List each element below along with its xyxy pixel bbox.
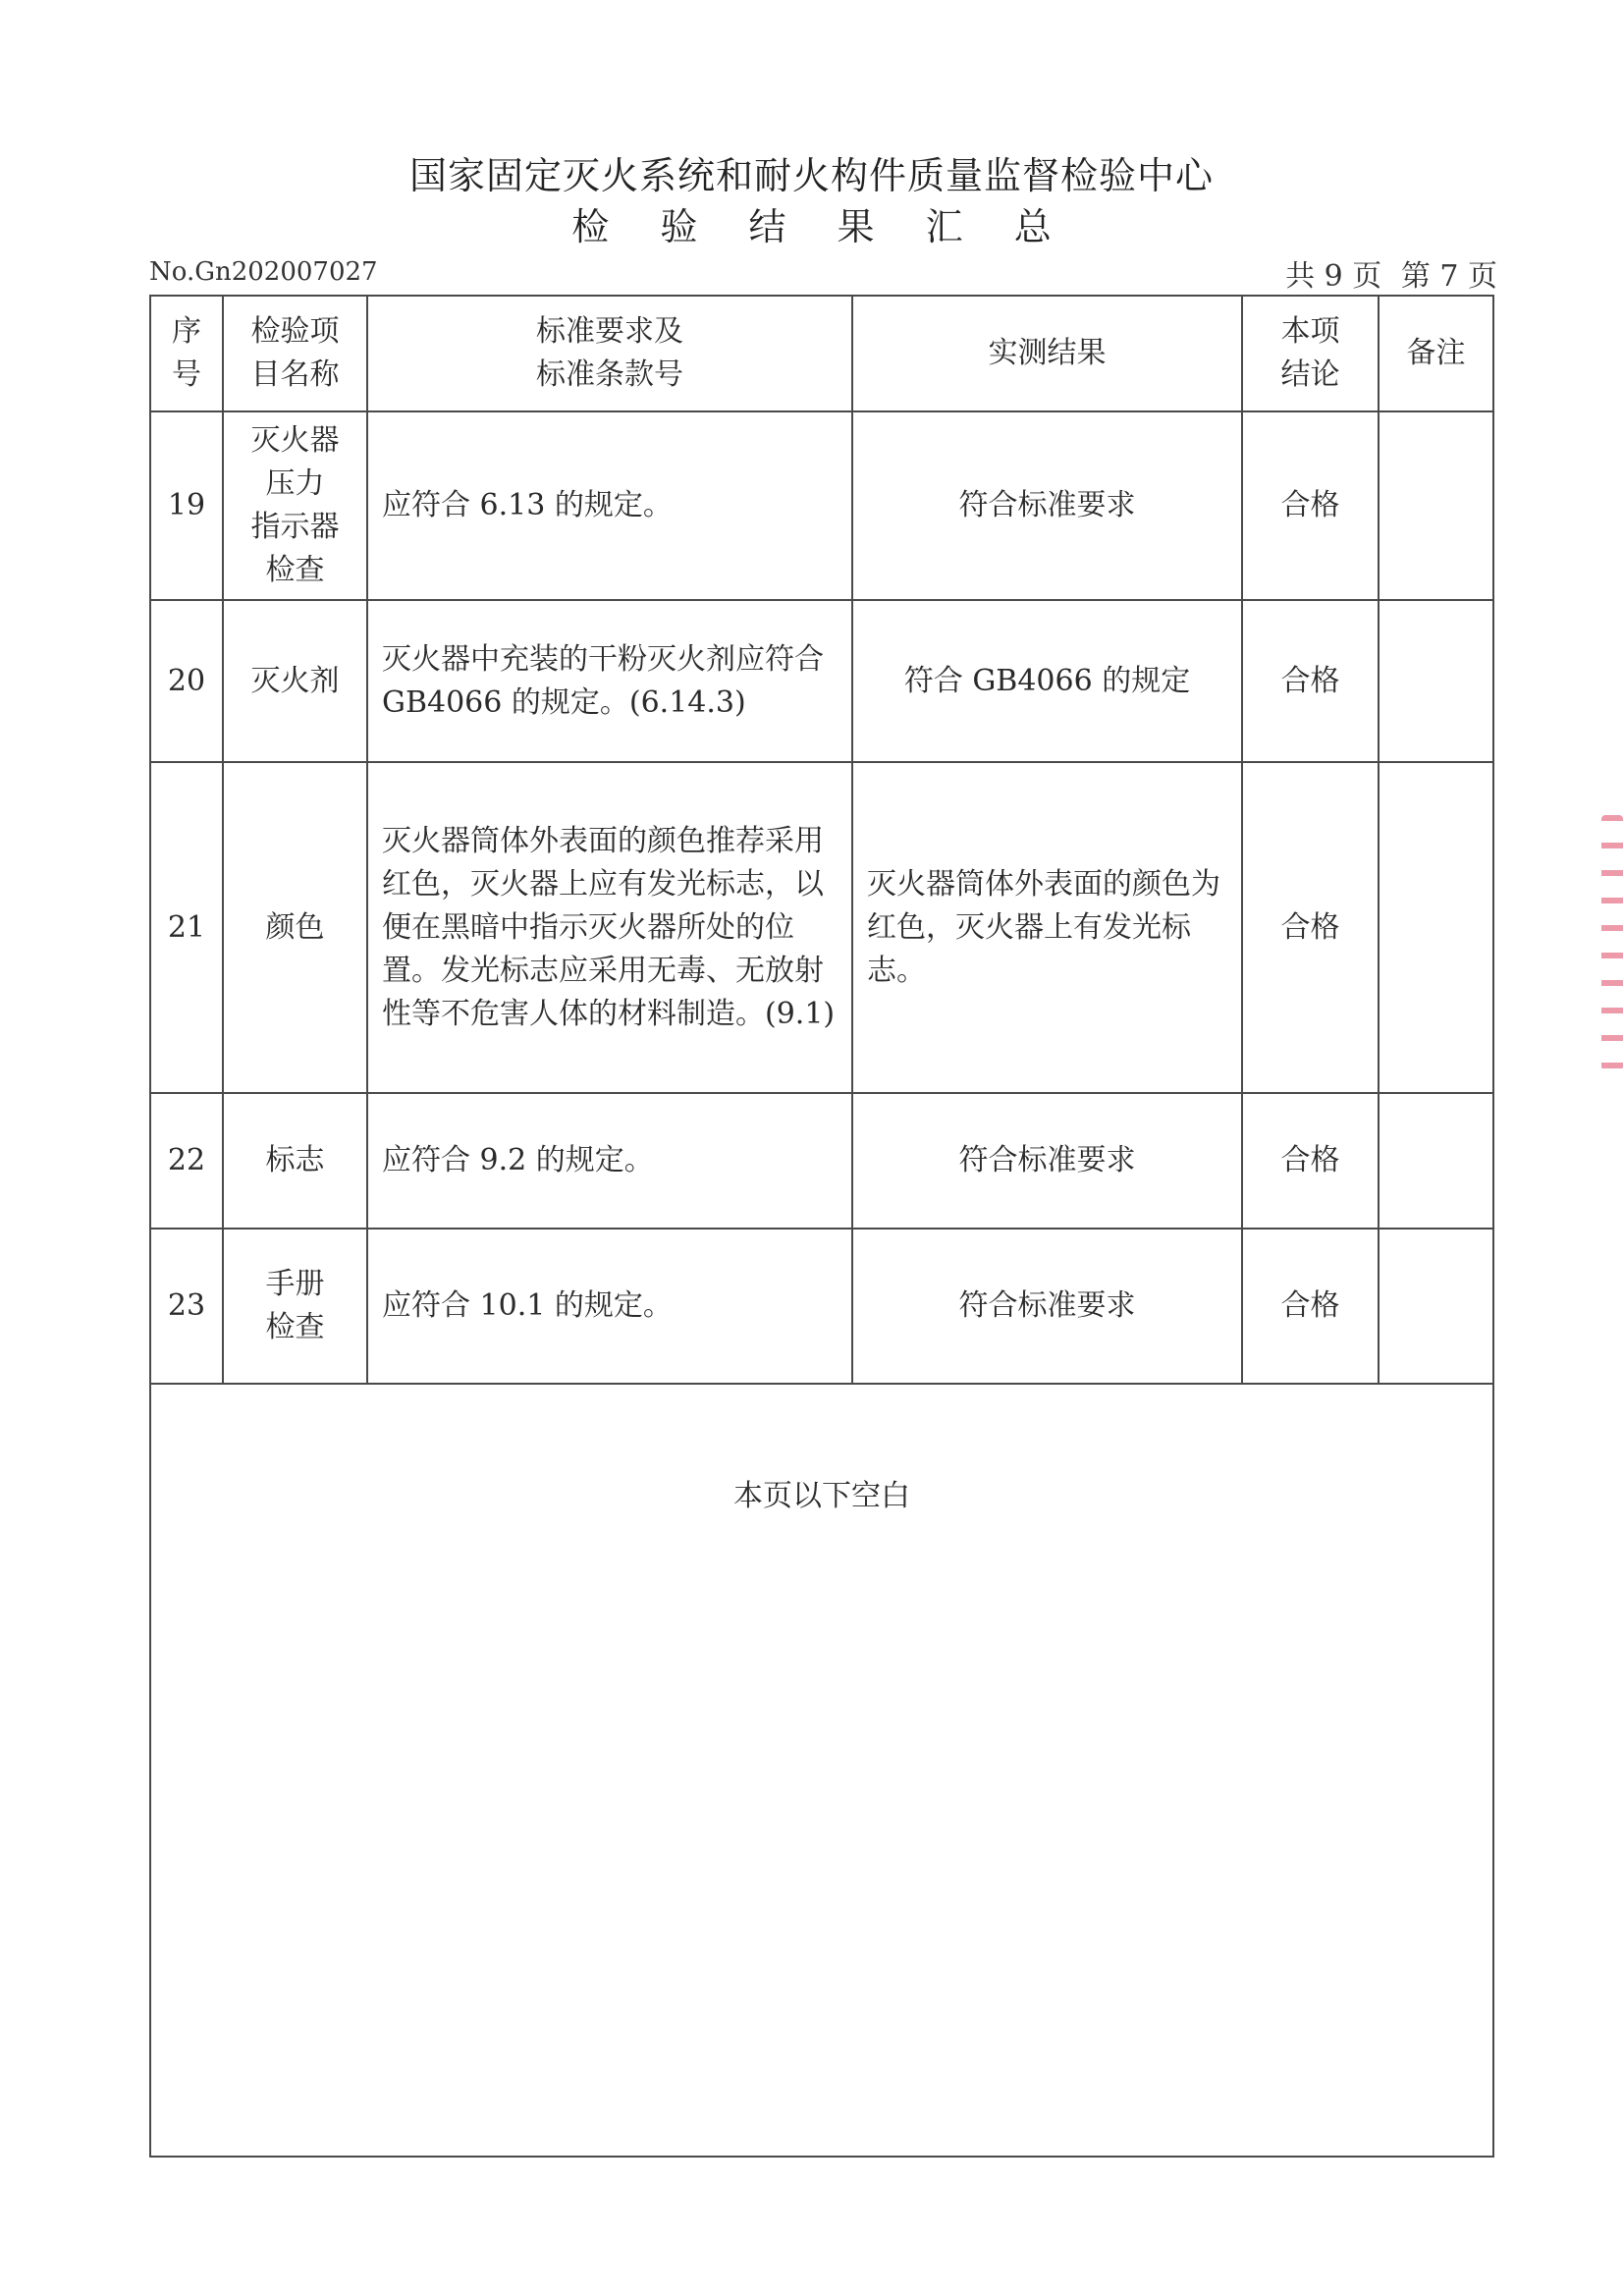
row-requirement: 应符合 9.2 的规定。: [367, 1093, 852, 1229]
row-item: 标志: [223, 1093, 367, 1229]
header-result: 实测结果: [852, 296, 1242, 411]
row-result: 符合标准要求: [852, 1229, 1242, 1384]
header-remark: 备注: [1379, 296, 1493, 411]
header-conclusion: 本项 结论: [1242, 296, 1379, 411]
row-result: 灭火器筒体外表面的颜色为红色，灭火器上有发光标志。: [852, 762, 1242, 1093]
blank-row: 本页以下空白: [150, 1384, 1493, 2157]
row-no: 20: [150, 600, 223, 762]
row-no: 21: [150, 762, 223, 1093]
results-table: 序 号 检验项 目名称 标准要求及 标准条款号 实测结果 本项 结论 备注 19…: [149, 295, 1494, 2158]
row-no: 19: [150, 411, 223, 600]
row-item: 颜色: [223, 762, 367, 1093]
row-remark: [1379, 411, 1493, 600]
table-row: 19 灭火器 压力 指示器 检查 应符合 6.13 的规定。 符合标准要求 合格: [150, 411, 1493, 600]
row-requirement: 应符合 6.13 的规定。: [367, 411, 852, 600]
document-title: 检 验 结 果 汇 总: [0, 196, 1623, 250]
row-remark: [1379, 1229, 1493, 1384]
blank-note: 本页以下空白: [151, 1475, 1492, 1518]
header-no: 序 号: [150, 296, 223, 411]
row-remark: [1379, 600, 1493, 762]
row-item: 灭火器 压力 指示器 检查: [223, 411, 367, 600]
organization-title: 国家固定灭火系统和耐火构件质量监督检验中心: [0, 145, 1623, 199]
row-remark: [1379, 762, 1493, 1093]
total-pages: 共 9 页: [1285, 259, 1381, 294]
table-header-row: 序 号 检验项 目名称 标准要求及 标准条款号 实测结果 本项 结论 备注: [150, 296, 1493, 411]
current-page: 第 7 页: [1401, 259, 1497, 294]
row-requirement: 灭火器中充装的干粉灭火剂应符合 GB4066 的规定。(6.14.3): [367, 600, 852, 762]
row-item: 手册 检查: [223, 1229, 367, 1384]
row-result: 符合标准要求: [852, 1093, 1242, 1229]
row-requirement: 应符合 10.1 的规定。: [367, 1229, 852, 1384]
header-item: 检验项 目名称: [223, 296, 367, 411]
row-conclusion: 合格: [1242, 411, 1379, 600]
table-row: 21 颜色 灭火器筒体外表面的颜色推荐采用红色，灭火器上应有发光标志，以便在黑暗…: [150, 762, 1493, 1093]
header-requirement: 标准要求及 标准条款号: [367, 296, 852, 411]
row-conclusion: 合格: [1242, 1093, 1379, 1229]
row-no: 22: [150, 1093, 223, 1229]
row-requirement: 灭火器筒体外表面的颜色推荐采用红色，灭火器上应有发光标志，以便在黑暗中指示灭火器…: [367, 762, 852, 1093]
row-item: 灭火剂: [223, 600, 367, 762]
row-conclusion: 合格: [1242, 762, 1379, 1093]
row-conclusion: 合格: [1242, 600, 1379, 762]
row-result: 符合标准要求: [852, 411, 1242, 600]
blank-area: 本页以下空白: [150, 1384, 1493, 2157]
row-no: 23: [150, 1229, 223, 1384]
page-info: 共 9 页 第 7 页: [1275, 251, 1497, 295]
table-row: 23 手册 检查 应符合 10.1 的规定。 符合标准要求 合格: [150, 1229, 1493, 1384]
row-remark: [1379, 1093, 1493, 1229]
table-row: 20 灭火剂 灭火器中充装的干粉灭火剂应符合 GB4066 的规定。(6.14.…: [150, 600, 1493, 762]
row-conclusion: 合格: [1242, 1229, 1379, 1384]
seal-stamp-edge: [1601, 815, 1623, 1070]
report-number: No.Gn202007027: [149, 257, 378, 287]
table-row: 22 标志 应符合 9.2 的规定。 符合标准要求 合格: [150, 1093, 1493, 1229]
row-result: 符合 GB4066 的规定: [852, 600, 1242, 762]
